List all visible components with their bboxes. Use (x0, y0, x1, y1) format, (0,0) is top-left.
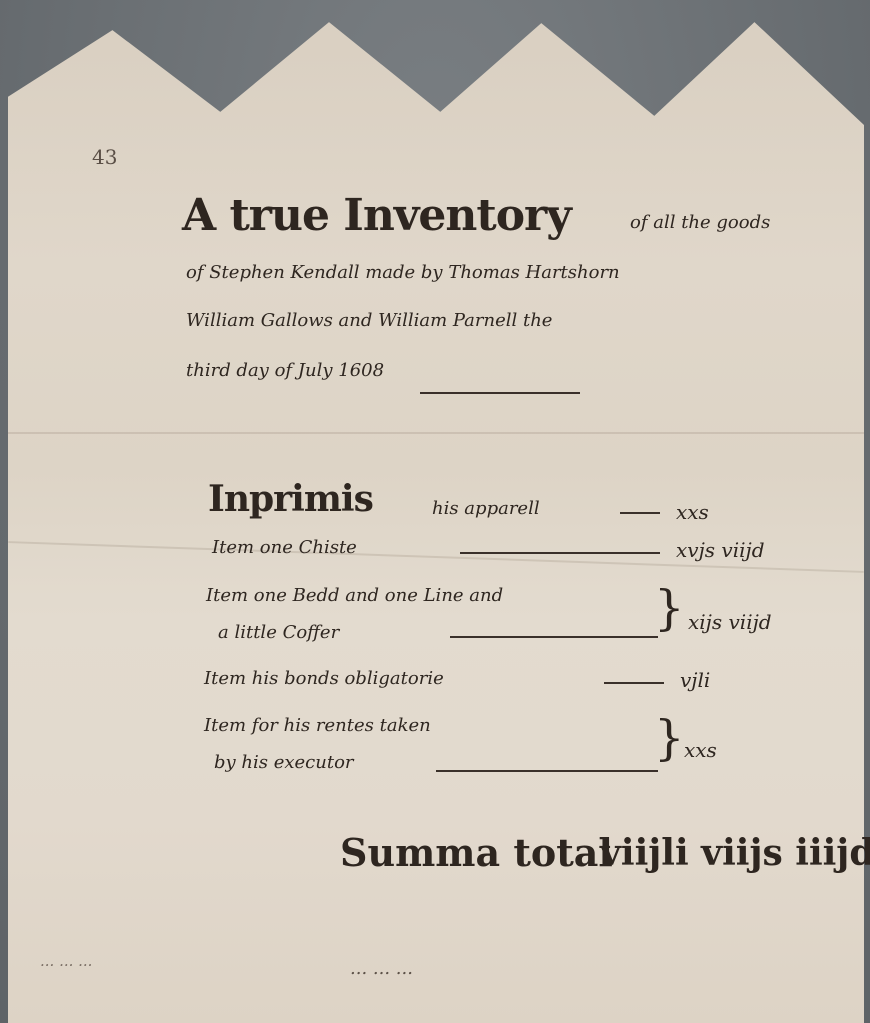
total-label: Summa total (340, 830, 613, 875)
entry-value: vjli (680, 668, 710, 692)
entry-value: xxs (684, 738, 717, 762)
entry-label-continuation: by his executor (214, 752, 354, 773)
entry-leader-line (460, 552, 660, 554)
fold-crease (8, 432, 864, 434)
title-continuation: of all the goods (630, 212, 770, 233)
document-title: A true Inventory (182, 190, 571, 241)
entry-leader-line (604, 682, 664, 684)
entry-value: xijs viijd (688, 610, 772, 634)
footer-note-center: ... ... ... (350, 958, 413, 979)
preamble-line-2: William Gallows and William Parnell the (186, 310, 552, 331)
entry-leader-line (620, 512, 660, 514)
entry-label: Item his bonds obligatorie (204, 668, 444, 689)
preamble-line-1: of Stephen Kendall made by Thomas Hartsh… (186, 262, 620, 283)
total-value: viijli viijs iiijd (600, 832, 870, 874)
entry-label: Item one Bedd and one Line and (206, 585, 503, 606)
entry-leader-line (436, 770, 658, 772)
preamble-line-3: third day of July 1608 (186, 360, 384, 381)
entry-value: xvjs viijd (676, 538, 765, 562)
folio-number: 43 (92, 145, 117, 169)
footer-note-left: ... ... ... (40, 952, 92, 970)
bracket-symbol: } (654, 584, 685, 632)
inprimis-heading: Inprimis (208, 478, 373, 520)
entry-value: xxs (676, 500, 709, 524)
entry-label: Item for his rentes taken (204, 715, 431, 736)
bracket-symbol: } (654, 714, 685, 762)
entry-leader-line (450, 636, 658, 638)
entry-label: Item one Chiste (212, 537, 357, 558)
entry-label-continuation: a little Coffer (218, 622, 339, 643)
date-underline (420, 392, 580, 394)
entry-label: his apparell (432, 498, 540, 519)
